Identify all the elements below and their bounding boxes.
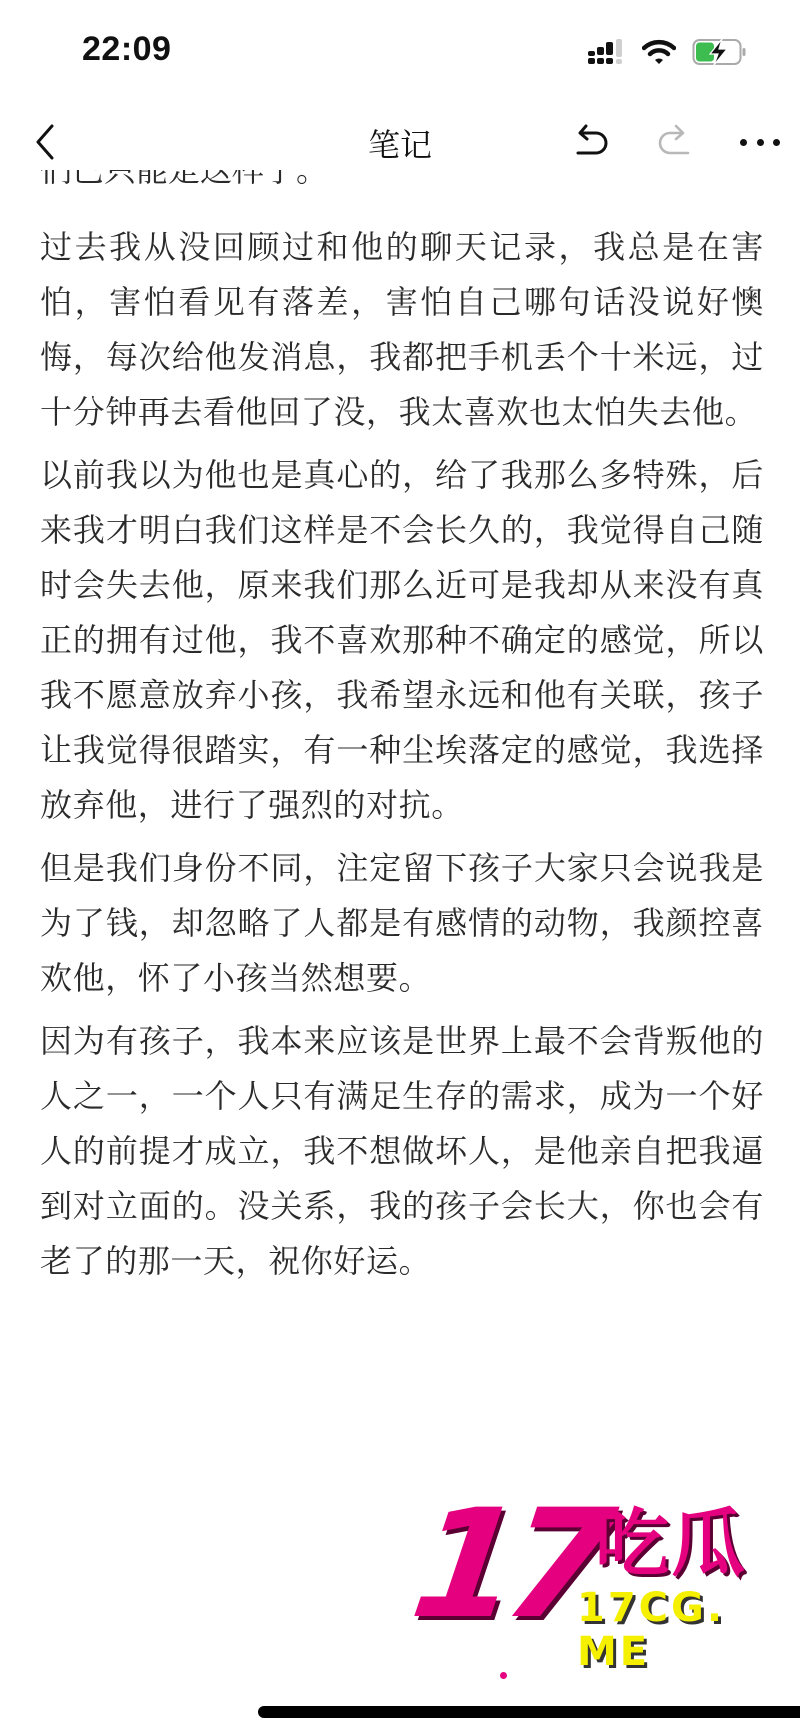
more-button[interactable] bbox=[736, 120, 784, 164]
more-horizontal-icon-dot bbox=[757, 139, 764, 146]
clipped-text: 们已只能是这样了。 bbox=[40, 170, 328, 198]
undo-button[interactable] bbox=[572, 120, 616, 164]
redo-button[interactable] bbox=[650, 120, 694, 164]
back-button[interactable] bbox=[28, 118, 68, 166]
watermark-chinese: 吃瓜 bbox=[595, 1504, 747, 1584]
wifi-icon bbox=[642, 39, 676, 69]
status-time: 22:09 bbox=[82, 30, 171, 69]
watermark-number: 17 bbox=[406, 1500, 609, 1630]
chevron-left-icon bbox=[28, 118, 68, 166]
clipped-text-line: 们已只能是这样了。 bbox=[40, 170, 764, 198]
note-paragraph: 过去我从没回顾过和他的聊天记录，我总是在害怕，害怕看见有落差，害怕自己哪句话没说… bbox=[40, 220, 764, 440]
note-paragraph: 以前我以为他也是真心的，给了我那么多特殊，后来我才明白我们这样是不会长久的，我觉… bbox=[40, 448, 764, 833]
watermark-logo: 17 吃瓜 17CG. ME bbox=[415, 1500, 775, 1630]
more-horizontal-icon-dot bbox=[740, 139, 747, 146]
cellular-signal-icon bbox=[588, 39, 626, 69]
battery-charging-icon bbox=[692, 38, 748, 70]
note-paragraph: 因为有孩子，我本来应该是世界上最不会背叛他的人之一，一个人只有满足生存的需求，成… bbox=[40, 1014, 764, 1289]
nav-bar: 笔记 bbox=[0, 110, 800, 174]
status-icons bbox=[588, 38, 748, 70]
more-horizontal-icon-dot bbox=[773, 139, 780, 146]
note-content[interactable]: 们已只能是这样了。 过去我从没回顾过和他的聊天记录，我总是在害怕，害怕看见有落差… bbox=[40, 170, 764, 1289]
watermark-url: 17CG. ME bbox=[577, 1586, 775, 1674]
undo-icon bbox=[572, 120, 616, 164]
status-bar: 22:09 bbox=[0, 0, 800, 100]
note-paragraph: 但是我们身份不同，注定留下孩子大家只会说我是为了钱，却忽略了人都是有感情的动物，… bbox=[40, 841, 764, 1006]
watermark-dot bbox=[500, 1672, 507, 1679]
home-indicator[interactable] bbox=[258, 1706, 800, 1718]
redo-icon bbox=[650, 120, 694, 164]
